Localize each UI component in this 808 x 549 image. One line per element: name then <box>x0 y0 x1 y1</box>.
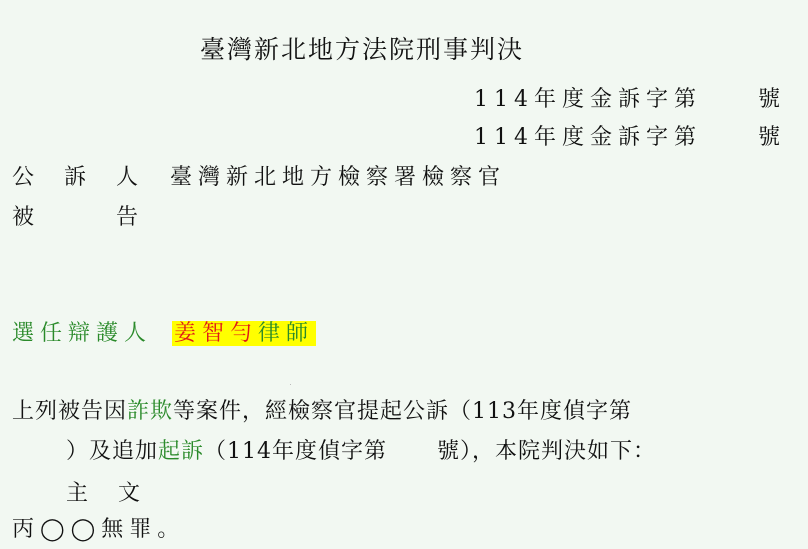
case-number-1: 114年度金訴字第號 <box>474 86 786 114</box>
verdict-text: 丙◯◯無罪。 <box>12 516 185 544</box>
defendant-label-char: 被 <box>12 204 116 232</box>
stray-dot <box>290 384 291 385</box>
body-text: 等案件，經檢察官提起公訴（113年度偵字第 <box>173 399 632 424</box>
prosecutor-label-char: 公 <box>12 164 64 192</box>
keyword-fraud: 詐欺 <box>127 399 173 424</box>
defense-counsel-row: 選任辯護人姜智勻律師 <box>12 320 316 348</box>
case-number-2: 114年度金訴字第號 <box>474 124 786 152</box>
defense-counsel-highlight: 姜智勻律師 <box>172 321 316 346</box>
case-number-prefix: 114年度金訴字第 <box>474 87 702 112</box>
prosecutor-label-char: 訴 <box>64 164 116 192</box>
defense-counsel-title: 律師 <box>258 321 314 346</box>
case-number-suffix: 號 <box>758 87 786 112</box>
defendant-label-char: 告 <box>116 205 138 230</box>
body-text: ）及追加 <box>66 439 158 464</box>
defense-counsel-label: 選任辯護人 <box>12 321 152 346</box>
document-title: 臺灣新北地方法院刑事判決 <box>200 36 524 64</box>
body-line-1: 上列被告因詐欺等案件，經檢察官提起公訴（113年度偵字第 <box>12 398 632 426</box>
case-number-suffix: 號 <box>758 125 786 150</box>
main-text-heading: 主文 <box>66 480 140 508</box>
keyword-prosecution: 起訴 <box>158 439 204 464</box>
heading-char: 文 <box>118 481 140 506</box>
heading-char: 主 <box>66 481 88 506</box>
body-line-2: ）及追加起訴（114年度偵字第號），本院判決如下： <box>66 438 656 466</box>
body-text: 號），本院判決如下： <box>437 439 656 464</box>
prosecutor-value: 臺灣新北地方檢察署檢察官 <box>170 165 506 190</box>
case-number-prefix: 114年度金訴字第 <box>474 125 702 150</box>
defense-counsel-name: 姜智勻 <box>174 321 258 346</box>
body-text: （114年度偵字第 <box>204 439 387 464</box>
body-text: 上列被告因 <box>12 399 127 424</box>
prosecutor-row: 公訴人臺灣新北地方檢察署檢察官 <box>12 164 506 192</box>
prosecutor-label-char: 人 <box>116 164 170 192</box>
defendant-row: 被告 <box>12 204 138 232</box>
